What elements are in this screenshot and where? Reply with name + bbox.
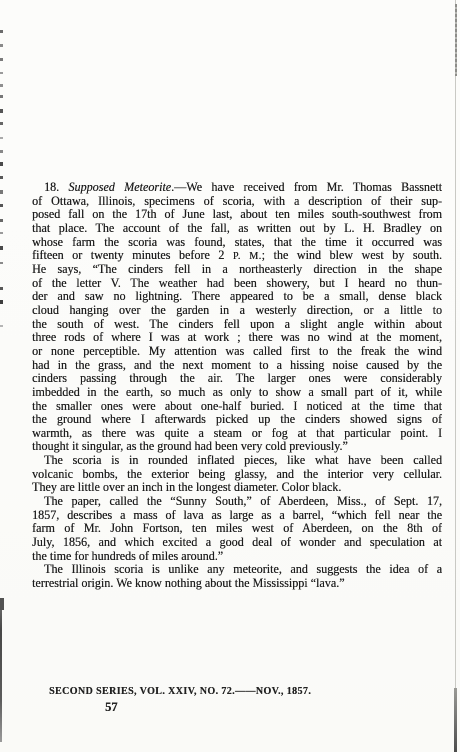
binding-mark	[0, 325, 3, 327]
binding-line-notch	[0, 598, 4, 610]
page-edge-shadow-top	[455, 4, 457, 76]
text-line: the time for hundreds of miles around.”	[32, 550, 442, 564]
binding-mark	[0, 44, 3, 47]
binding-mark	[0, 204, 3, 207]
text-run: whose farm the scoria was found, states,…	[32, 236, 442, 249]
text-run: terrestrial origin. We know nothing abou…	[32, 577, 345, 590]
text-line: that place. The account of the fall, as …	[32, 222, 442, 236]
article-text: 18. Supposed Meteorite.—We have received…	[32, 181, 442, 591]
text-line: three rods of where I was at work ; ther…	[32, 331, 442, 345]
text-line: volcanic bombs, the exterior being glass…	[32, 468, 442, 482]
scanned-journal-page: { "article": { "paragraphs": [ { "indent…	[0, 0, 460, 752]
text-line: 1857, describes a mass of lava as large …	[32, 509, 442, 523]
text-line: posed fall on the 17th of June last, abo…	[32, 208, 442, 222]
binding-mark	[0, 300, 3, 304]
page-edge-line	[455, 0, 456, 752]
text-run: posed fall on the 17th of June last, abo…	[32, 208, 442, 221]
binding-mark	[0, 137, 3, 139]
binding-mark	[0, 30, 3, 33]
text-line: had in the grass, and the next moment to…	[32, 359, 442, 373]
text-line: The Illinois scoria is unlike any meteor…	[32, 563, 442, 577]
text-line: the smaller ones were about one-half bur…	[32, 400, 442, 414]
text-line: cloud hanging over the garden in a weste…	[32, 304, 442, 318]
page-edge-shadow-bottom	[454, 688, 457, 752]
text-line: He says, “The cinders fell in a northeas…	[32, 263, 442, 277]
text-line: fifteen or twenty minutes before 2 P. M.…	[32, 249, 442, 263]
text-line: the ground where I afterwards picked up …	[32, 413, 442, 427]
page-number: 57	[105, 700, 118, 715]
binding-mark	[0, 219, 3, 222]
binding-mark	[0, 287, 3, 290]
text-run: had in the grass, and the next moment to…	[32, 359, 442, 372]
text-run: He says, “The cinders fell in a northeas…	[32, 263, 442, 276]
journal-imprint: SECOND SERIES, VOL. XXIV, NO. 72.——NOV.,…	[49, 686, 311, 697]
text-run: They are little over an inch in the long…	[32, 481, 341, 494]
text-run: The Illinois scoria is unlike any meteor…	[44, 563, 442, 576]
text-line: The paper, called the “Sunny South,” of …	[32, 495, 442, 509]
text-run: Supposed Meteorite	[68, 181, 171, 194]
text-line: cinders passing through the air. The lar…	[32, 372, 442, 386]
text-run: .—We have received from Mr. Thomas Bassn…	[171, 181, 442, 194]
text-line: der and saw no lightning. There appeared…	[32, 290, 442, 304]
text-line: farm of Mr. John Fortson, ten miles west…	[32, 522, 442, 536]
binding-mark	[0, 232, 3, 234]
binding-mark	[0, 58, 3, 61]
text-run: July, 1856, and which excited a good dea…	[32, 536, 442, 549]
binding-mark	[0, 84, 3, 87]
text-line: warmth, as there was quite a steam or fo…	[32, 427, 442, 441]
text-run: fifteen or twenty minutes before 2	[32, 249, 233, 262]
text-run: der and saw no lightning. There appeared…	[32, 290, 442, 303]
text-run: ; the wind blew west by south.	[262, 249, 442, 262]
text-run: 18.	[44, 181, 68, 194]
text-run: farm of Mr. John Fortson, ten miles west…	[32, 522, 442, 535]
text-run: imbedded in the earth, so much as only t…	[32, 386, 442, 399]
text-run: three rods of where I was at work ; ther…	[32, 331, 442, 344]
text-run: the time for hundreds of miles around.”	[32, 550, 223, 563]
text-run: or none perceptible. My attention was ca…	[32, 345, 442, 358]
text-line: July, 1856, and which excited a good dea…	[32, 536, 442, 550]
text-run: the smaller ones were about one-half bur…	[32, 400, 442, 413]
binding-mark	[0, 122, 3, 125]
binding-mark	[0, 72, 3, 74]
text-run: the ground where I afterwards picked up …	[32, 413, 442, 426]
text-run: P. M.	[233, 251, 262, 262]
binding-mark	[0, 176, 3, 179]
binding-mark	[0, 162, 3, 166]
binding-mark	[0, 190, 3, 194]
text-line: or none perceptible. My attention was ca…	[32, 345, 442, 359]
binding-mark	[0, 150, 3, 153]
text-line: the south of west. The cinders fell upon…	[32, 318, 442, 332]
text-run: The paper, called the “Sunny South,” of …	[44, 495, 442, 508]
text-line: thought it singular, as the ground had b…	[32, 440, 442, 454]
text-run: cinders passing through the air. The lar…	[32, 372, 442, 385]
binding-mark	[0, 262, 3, 264]
text-run: The scoria is in rounded inflated pieces…	[44, 454, 442, 467]
text-run: warmth, as there was quite a steam or fo…	[32, 427, 442, 440]
text-run: volcanic bombs, the exterior being glass…	[32, 468, 442, 481]
text-line: whose farm the scoria was found, states,…	[32, 236, 442, 250]
page-scan: 18. Supposed Meteorite.—We have received…	[0, 0, 460, 752]
text-run: cloud hanging over the garden in a weste…	[32, 304, 442, 317]
binding-mark	[0, 246, 3, 250]
text-run: of Ottawa, Illinois, specimens of scoria…	[32, 195, 442, 208]
binding-mark	[0, 109, 3, 113]
text-run: that place. The account of the fall, as …	[32, 222, 442, 235]
text-line: of Ottawa, Illinois, specimens of scoria…	[32, 195, 442, 209]
text-line: imbedded in the earth, so much as only t…	[32, 386, 442, 400]
binding-mark	[0, 95, 3, 98]
binding-line	[0, 602, 2, 742]
text-run: of the letter V. The weather had been sh…	[32, 277, 442, 290]
text-line: 18. Supposed Meteorite.—We have received…	[32, 181, 442, 195]
text-run: the south of west. The cinders fell upon…	[32, 318, 442, 331]
text-line: They are little over an inch in the long…	[32, 481, 442, 495]
text-run: thought it singular, as the ground had b…	[32, 440, 348, 453]
text-line: of the letter V. The weather had been sh…	[32, 277, 442, 291]
text-line: terrestrial origin. We know nothing abou…	[32, 577, 442, 591]
text-line: The scoria is in rounded inflated pieces…	[32, 454, 442, 468]
text-run: 1857, describes a mass of lava as large …	[32, 509, 442, 522]
